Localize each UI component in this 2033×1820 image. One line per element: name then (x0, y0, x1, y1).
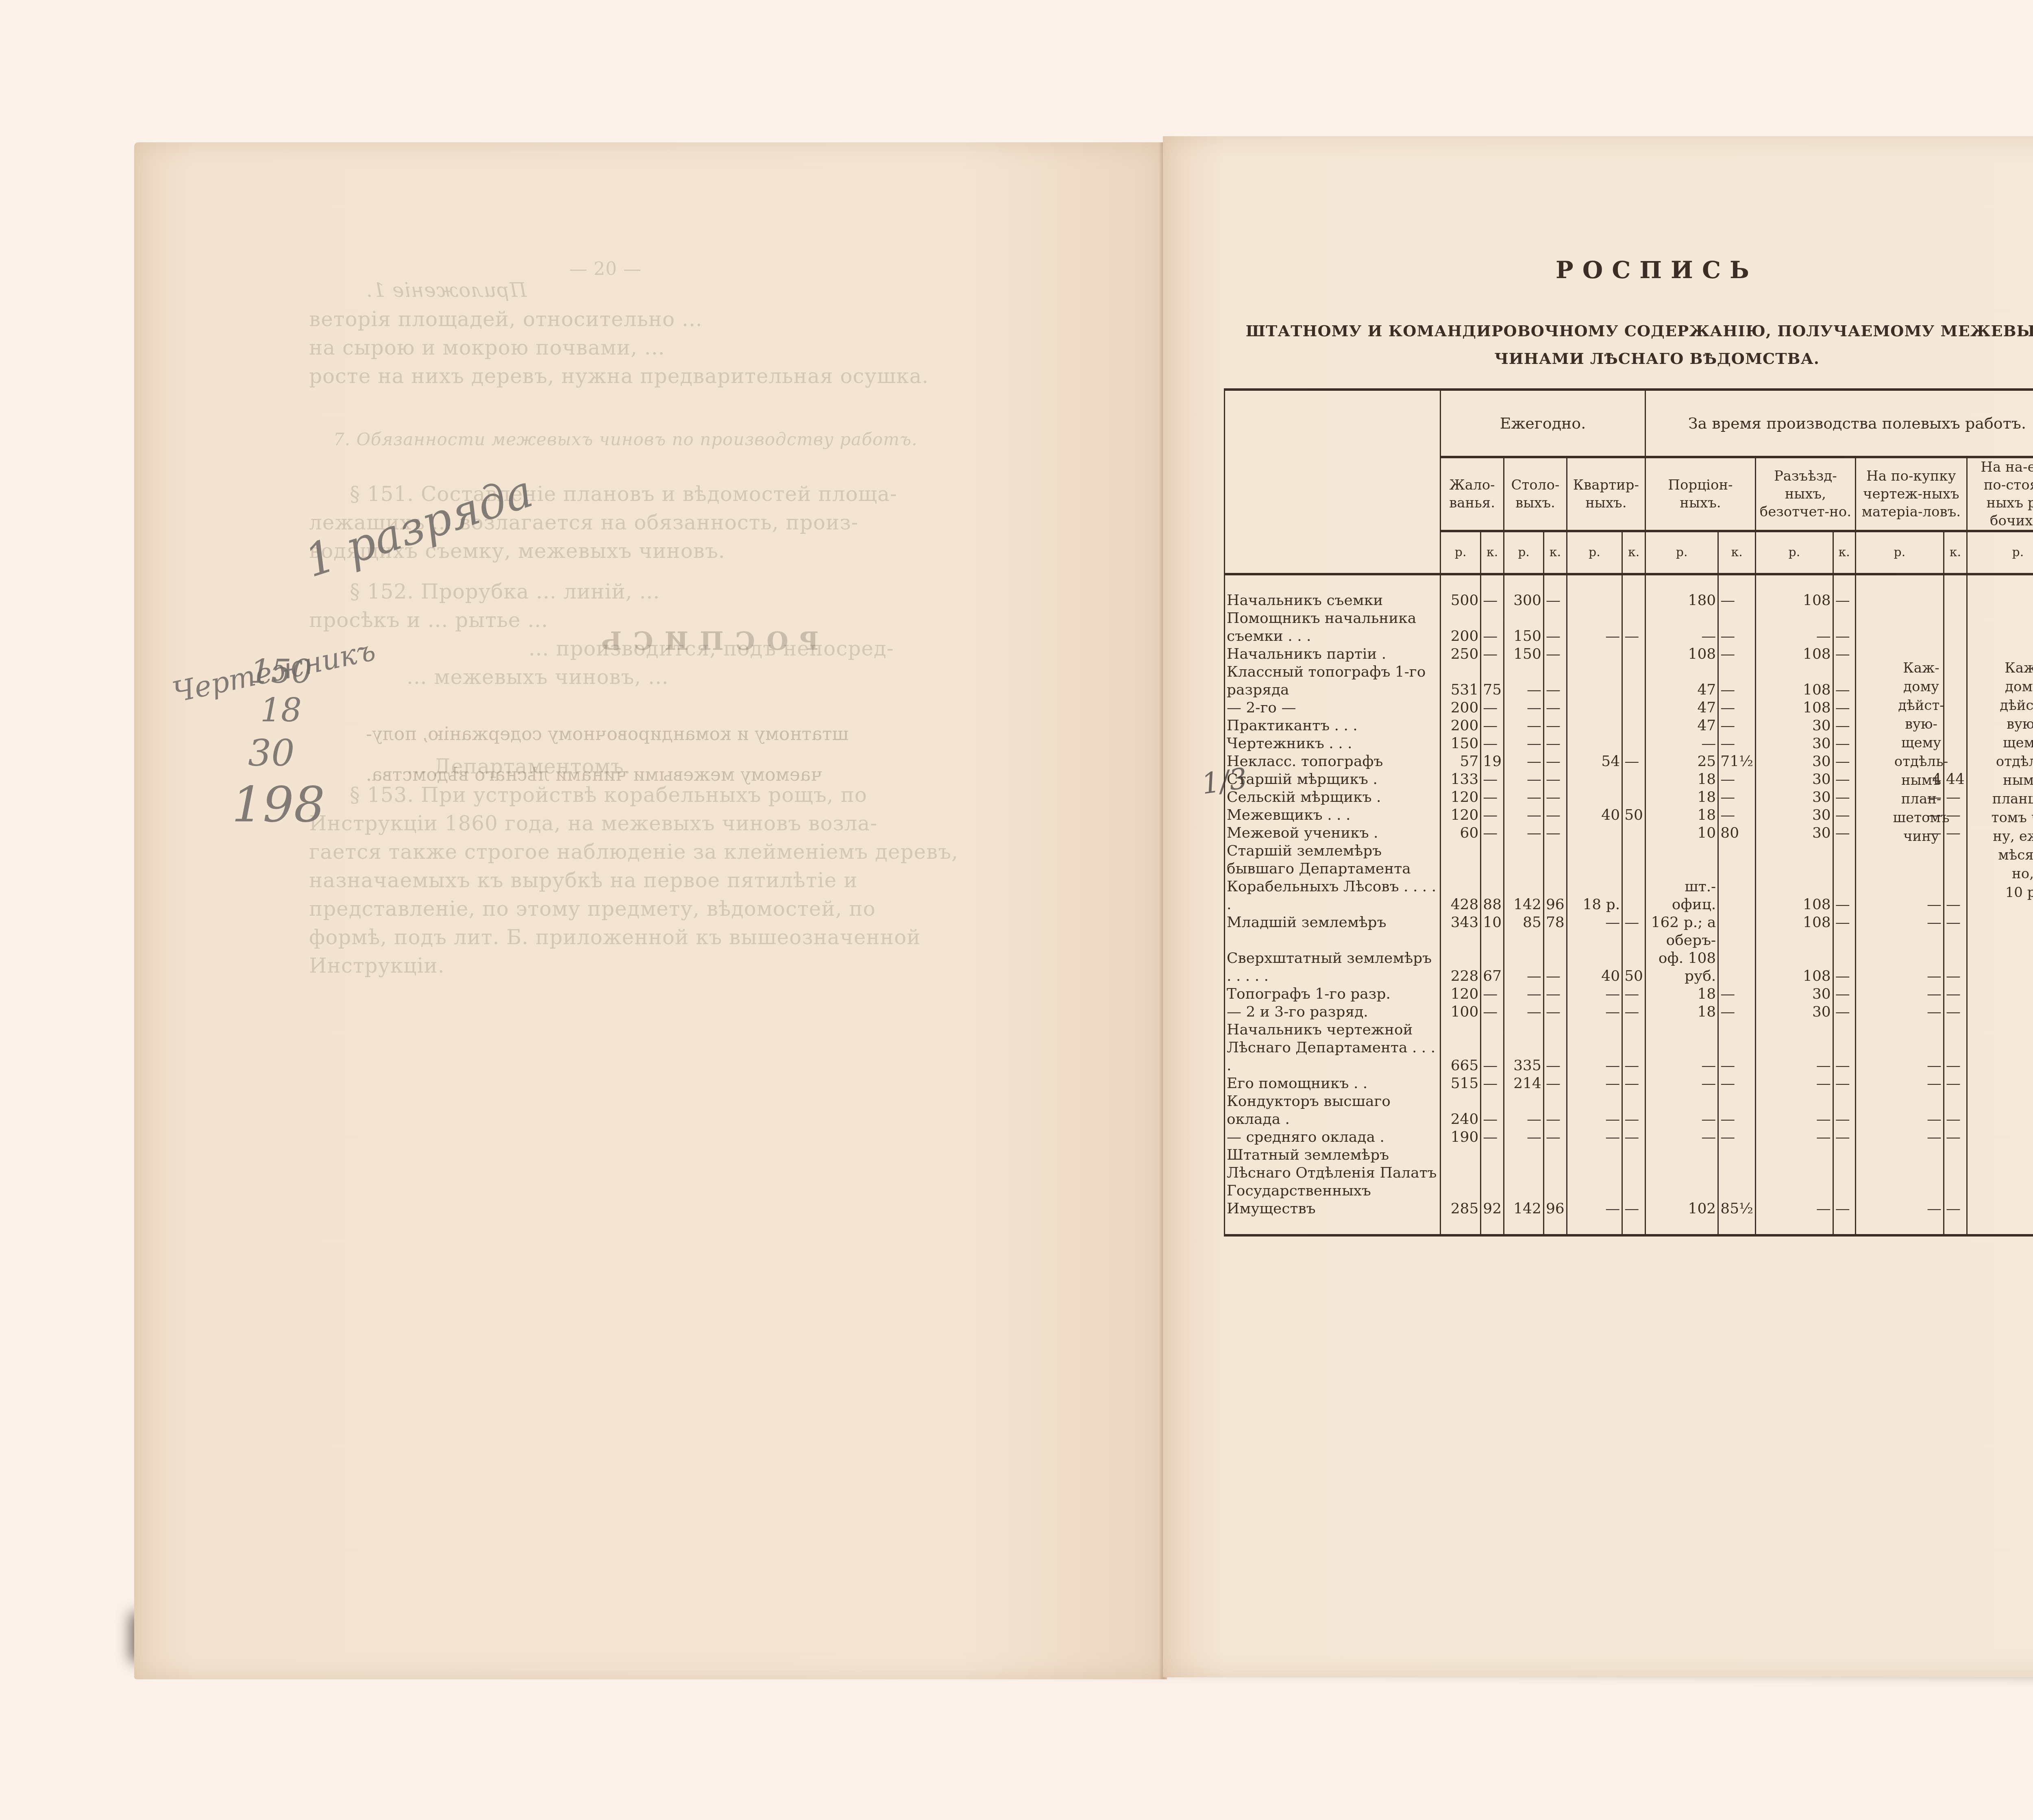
rations-k-cell: — (1718, 663, 1756, 699)
table-money-header: Столо-выхъ. (1504, 457, 1567, 531)
materials-k-cell: — (1944, 1128, 1967, 1146)
quarters-r-cell: 54 (1567, 753, 1622, 771)
workers-header: На на-емъ по-стоян-ныхъ ра-бочихъ. (1967, 457, 2033, 531)
rations-k-cell: — (1718, 1003, 1756, 1021)
materials-r-cell: — (1855, 1003, 1944, 1021)
rations-k-cell: — (1718, 592, 1756, 610)
salary-k-cell: — (1481, 985, 1504, 1003)
materials-k-cell: — (1944, 914, 1967, 932)
salary-r-cell: 200 (1441, 610, 1481, 645)
note-line: чину (1881, 827, 1962, 846)
mirrored-subtitle: штатному и командировочному содержанію, … (366, 724, 849, 745)
salary-k-cell: — (1481, 824, 1504, 842)
table-row: Кондукторъ высшаго оклада .240——————————… (1225, 1093, 2033, 1128)
note-line: щему (1980, 734, 2033, 752)
table-r-cell: 300 (1504, 592, 1544, 610)
quarters-r-cell (1567, 645, 1622, 663)
rations-k-cell (1718, 932, 1756, 985)
materials-k-cell: — (1944, 1093, 1967, 1128)
rations-r-cell: 18 (1645, 1003, 1718, 1021)
rations-k-cell: — (1718, 735, 1756, 753)
table-r-cell: — (1504, 753, 1544, 771)
travel-k-cell: — (1833, 771, 1855, 788)
table-r-cell: — (1504, 932, 1544, 985)
rank-cell: — 2-го — (1225, 699, 1441, 717)
quarters-k-cell: — (1622, 753, 1646, 771)
travel-r-cell: — (1755, 610, 1833, 645)
materials-header: На по-купку чертеж-ныхъ матеріа-ловъ. (1855, 457, 1967, 531)
rank-cell: Начальникъ партіи . (1225, 645, 1441, 663)
unit-kopecks: к. (1833, 531, 1855, 574)
rations-k-cell (1718, 914, 1756, 932)
salary-r-cell: 60 (1441, 824, 1481, 842)
workers-r-cell: — (1967, 1128, 2033, 1146)
quarters-r-cell: — (1567, 1146, 1622, 1218)
rations-r-cell: — (1645, 735, 1718, 753)
table-r-cell: — (1504, 1093, 1544, 1128)
rank-cell: Начальникъ чертежной Лѣснаго Департамент… (1225, 1021, 1441, 1075)
salary-r-cell: 250 (1441, 645, 1481, 663)
bleed-line: назначаемыхъ къ вырубкѣ на первое пятилѣ… (309, 870, 858, 890)
quarters-k-cell: — (1622, 1146, 1646, 1218)
travel-r-cell: 30 (1755, 788, 1833, 806)
handwritten-value: 18 (260, 691, 302, 729)
salary-r-cell: 57 (1441, 753, 1481, 771)
travel-k-cell: — (1833, 1093, 1855, 1128)
unit-kopecks: к. (1543, 531, 1567, 574)
materials-k-cell: — (1944, 1146, 1967, 1218)
rank-cell: Межевой ученикъ . (1225, 824, 1441, 842)
salary-r-cell: 515 (1441, 1075, 1481, 1093)
salary-header: Жало-ванья. (1441, 457, 1504, 531)
note-line: Каж- (1980, 659, 2033, 677)
table-k-cell: 96 (1543, 842, 1567, 914)
quarters-k-cell: 50 (1622, 806, 1646, 824)
table-row: Сверхштатный землемѣръ . . . . .22867——4… (1225, 932, 2033, 985)
quarters-k-cell: — (1622, 914, 1646, 932)
travel-r-cell: 108 (1755, 932, 1833, 985)
rank-cell: Старшій мѣрщикъ . (1225, 771, 1441, 788)
workers-r-cell: — (1967, 1093, 2033, 1128)
materials-r-cell: — (1855, 1128, 1944, 1146)
quarters-r-cell (1567, 592, 1622, 610)
table-k-cell: — (1543, 771, 1567, 788)
salary-r-cell: 500 (1441, 592, 1481, 610)
quarters-k-cell: — (1622, 1003, 1646, 1021)
bleed-line: ... межевыхъ чиновъ, ... (407, 667, 669, 687)
table-k-cell: — (1543, 735, 1567, 753)
quarters-r-cell (1567, 699, 1622, 717)
handwritten-value: 30 (248, 732, 295, 775)
table-row: Начальникъ чертежной Лѣснаго Департамент… (1225, 1021, 2033, 1075)
materials-k-cell: — (1944, 842, 1967, 914)
table-k-cell: — (1543, 788, 1567, 806)
table-k-cell: — (1543, 1093, 1567, 1128)
annual-group-header: Ежегодно. (1441, 390, 1646, 457)
travel-r-cell: — (1755, 1128, 1833, 1146)
materials-r-cell: — (1855, 985, 1944, 1003)
table-r-cell: — (1504, 1128, 1544, 1146)
salary-r-cell: 428 (1441, 842, 1481, 914)
materials-note-block: Каж-домудѣйст-вую-щемуотдѣль-нымъплан-ше… (1881, 659, 1962, 846)
materials-r-cell: — (1855, 932, 1944, 985)
table-k-cell: — (1543, 1003, 1567, 1021)
table-r-cell: 150 (1504, 645, 1544, 663)
quarters-header: Квартир-ныхъ. (1567, 457, 1645, 531)
salary-k-cell: — (1481, 788, 1504, 806)
rations-r-cell: шт.-офиц. (1645, 842, 1718, 914)
workers-r-cell (1967, 592, 2033, 610)
note-line: план- (1881, 790, 1962, 808)
quarters-k-cell: — (1622, 1021, 1646, 1075)
travel-r-cell: 108 (1755, 914, 1833, 932)
salary-r-cell: 150 (1441, 735, 1481, 753)
salary-r-cell: 133 (1441, 771, 1481, 788)
rations-k-cell: 80 (1718, 824, 1756, 842)
note-line: Каж- (1881, 659, 1962, 677)
materials-r-cell: — (1855, 1146, 1944, 1218)
rations-r-cell: оберъ-оф. 108 руб. (1645, 932, 1718, 985)
quarters-k-cell (1622, 699, 1646, 717)
materials-r-cell: — (1855, 842, 1944, 914)
unit-kopecks: к. (1622, 531, 1646, 574)
rank-cell: Штатный землемѣръ Лѣснаго Отдѣленія Пала… (1225, 1146, 1441, 1218)
salary-k-cell: — (1481, 1021, 1504, 1075)
bleed-line: формѣ, подъ лит. Б. приложенной къ вышео… (309, 927, 921, 947)
note-line: нымъ (1980, 771, 2033, 790)
quarters-k-cell (1622, 592, 1646, 610)
rank-cell: Чертежникъ . . . (1225, 735, 1441, 753)
travel-r-cell: — (1755, 1075, 1833, 1093)
quarters-r-cell: 18 р. (1567, 842, 1622, 914)
travel-k-cell: — (1833, 1146, 1855, 1218)
quarters-k-cell: — (1622, 610, 1646, 645)
note-line: 10 р. (1980, 883, 2033, 902)
mirrored-title: РОСПИСЬ (590, 626, 819, 656)
mirrored-subtitle: чаемому межевыми чинами лѣснаго вѣдомств… (366, 764, 823, 785)
travel-r-cell: 30 (1755, 717, 1833, 735)
rations-r-cell: 47 (1645, 663, 1718, 699)
workers-r-cell: — (1967, 932, 2033, 985)
rations-k-cell: — (1718, 985, 1756, 1003)
rank-cell: Некласс. топографъ (1225, 753, 1441, 771)
unit-kopecks: к. (1481, 531, 1504, 574)
rank-cell: Его помощникъ . . (1225, 1075, 1441, 1093)
salary-r-cell: 200 (1441, 699, 1481, 717)
rations-k-cell: 85½ (1718, 1146, 1756, 1218)
bleed-line: Инструкціи 1860 года, на межевыхъ чиновъ… (309, 813, 877, 834)
travel-k-cell: — (1833, 592, 1855, 610)
bleed-line: на сырою и мокрою почвами, ... (309, 337, 665, 358)
rank-cell: Сверхштатный землемѣръ . . . . . (1225, 932, 1441, 985)
salary-k-cell: — (1481, 806, 1504, 824)
salary-k-cell: — (1481, 610, 1504, 645)
bleed-appendix-label: Приложеніе 1. (366, 281, 527, 300)
salary-r-cell: 343 (1441, 914, 1481, 932)
rank-cell: Практикантъ . . . (1225, 717, 1441, 735)
note-line: дому (1980, 677, 2033, 696)
rations-r-cell: — (1645, 1093, 1718, 1128)
unit-rubles: р. (1967, 531, 2033, 574)
workers-note-block: Каж-домудѣйст-вую-щемуотдѣль-нымъпланше-… (1980, 659, 2033, 902)
materials-r-cell: — (1855, 914, 1944, 932)
salary-k-cell: — (1481, 771, 1504, 788)
rations-r-cell: 102 (1645, 1146, 1718, 1218)
travel-k-cell: — (1833, 610, 1855, 645)
travel-r-cell: 30 (1755, 1003, 1833, 1021)
salary-r-cell: 100 (1441, 1003, 1481, 1021)
table-r-cell: 214 (1504, 1075, 1544, 1093)
travel-r-cell: 30 (1755, 735, 1833, 753)
note-line: планше- (1980, 790, 2033, 808)
rations-r-cell: — (1645, 1128, 1718, 1146)
materials-k-cell: — (1944, 1021, 1967, 1075)
materials-k-cell: — (1944, 1075, 1967, 1093)
unit-rubles: р. (1645, 531, 1718, 574)
travel-k-cell: — (1833, 932, 1855, 985)
unit-rubles: р. (1855, 531, 1944, 574)
rations-k-cell: — (1718, 1075, 1756, 1093)
travel-r-cell: 30 (1755, 806, 1833, 824)
salary-k-cell: — (1481, 1128, 1504, 1146)
note-line: нымъ (1881, 771, 1962, 790)
travel-k-cell: — (1833, 985, 1855, 1003)
materials-k-cell (1944, 592, 1967, 610)
rations-k-cell: — (1718, 1021, 1756, 1075)
salary-r-cell: 665 (1441, 1021, 1481, 1075)
table-r-cell: 150 (1504, 610, 1544, 645)
rations-r-cell: 18 (1645, 985, 1718, 1003)
table-r-cell: — (1504, 699, 1544, 717)
rations-k-cell: — (1718, 1093, 1756, 1128)
bleed-line: росте на нихъ деревъ, нужна предваритель… (309, 366, 929, 386)
rank-cell: — 2 и 3-го разряд. (1225, 1003, 1441, 1021)
travel-r-cell: 108 (1755, 699, 1833, 717)
rations-r-cell: — (1645, 1075, 1718, 1093)
salary-r-cell: 285 (1441, 1146, 1481, 1218)
quarters-k-cell: — (1622, 985, 1646, 1003)
quarters-r-cell: — (1567, 985, 1622, 1003)
rations-r-cell: 18 (1645, 771, 1718, 788)
rank-cell: Младшій землемѣръ (1225, 914, 1441, 932)
subtitle-line: ЧИНАМИ ЛѢСНАГО ВѢДОМСТВА. (1220, 345, 2033, 372)
unit-rubles: р. (1504, 531, 1544, 574)
rank-cell: Начальникъ съемки (1225, 592, 1441, 610)
note-line: шетомъ (1881, 808, 1962, 827)
table-k-cell: — (1543, 645, 1567, 663)
quarters-r-cell: 40 (1567, 806, 1622, 824)
materials-k-cell: — (1944, 1003, 1967, 1021)
travel-k-cell: — (1833, 717, 1855, 735)
unit-kopecks: к. (1944, 531, 1967, 574)
quarters-r-cell (1567, 735, 1622, 753)
rations-header: Порціон-ныхъ. (1645, 457, 1755, 531)
salary-r-cell: 200 (1441, 717, 1481, 735)
travel-r-cell: 30 (1755, 753, 1833, 771)
salary-r-cell: 240 (1441, 1093, 1481, 1128)
quarters-r-cell: 40 (1567, 932, 1622, 985)
field-group-header: За время производства полевыхъ работъ. (1645, 390, 2033, 457)
travel-k-cell: — (1833, 753, 1855, 771)
bleed-page-number: — 20 — (569, 260, 642, 278)
materials-r-cell: — (1855, 1021, 1944, 1075)
travel-r-cell: 108 (1755, 592, 1833, 610)
rations-r-cell: 47 (1645, 699, 1718, 717)
salary-k-cell: 19 (1481, 753, 1504, 771)
note-line: томъ чи- (1980, 808, 2033, 827)
quarters-r-cell (1567, 788, 1622, 806)
salary-r-cell: 531 (1441, 663, 1481, 699)
rations-r-cell: 18 (1645, 806, 1718, 824)
materials-k-cell (1944, 610, 1967, 645)
table-k-cell: — (1543, 592, 1567, 610)
salary-r-cell: 120 (1441, 806, 1481, 824)
note-line: вую- (1980, 715, 2033, 734)
document-title: РОСПИСЬ (1220, 256, 2033, 284)
travel-k-cell: — (1833, 663, 1855, 699)
table-k-cell: — (1543, 1075, 1567, 1093)
quarters-r-cell: — (1567, 1128, 1622, 1146)
travel-r-cell: 108 (1755, 663, 1833, 699)
salary-k-cell: — (1481, 1003, 1504, 1021)
note-line: дѣйст- (1980, 696, 2033, 715)
materials-r-cell: — (1855, 1075, 1944, 1093)
travel-r-cell: 30 (1755, 771, 1833, 788)
rations-r-cell: 47 (1645, 717, 1718, 735)
salary-k-cell: 88 (1481, 842, 1504, 914)
quarters-r-cell (1567, 717, 1622, 735)
travel-k-cell: — (1833, 914, 1855, 932)
rank-cell: Кондукторъ высшаго оклада . (1225, 1093, 1441, 1128)
workers-r-cell: — (1967, 1003, 2033, 1021)
rations-r-cell: 18 (1645, 788, 1718, 806)
table-r-cell: — (1504, 771, 1544, 788)
document-subtitle: ШТАТНОМУ И КОМАНДИРОВОЧНОМУ СОДЕРЖАНІЮ, … (1220, 317, 2033, 372)
quarters-k-cell: — (1622, 1075, 1646, 1093)
salary-k-cell: — (1481, 645, 1504, 663)
materials-r-cell (1855, 592, 1944, 610)
salary-k-cell: — (1481, 592, 1504, 610)
rations-k-cell: — (1718, 610, 1756, 645)
workers-r-cell: — (1967, 1075, 2033, 1093)
table-r-cell: 85 (1504, 914, 1544, 932)
rations-k-cell: — (1718, 645, 1756, 663)
travel-r-cell: — (1755, 1093, 1833, 1128)
table-k-cell: — (1543, 717, 1567, 735)
salary-r-cell: 120 (1441, 788, 1481, 806)
rank-cell: Помощникъ начальника съемки . . . (1225, 610, 1441, 645)
rank-cell: Сельскій мѣрщикъ . (1225, 788, 1441, 806)
rations-k-cell: — (1718, 771, 1756, 788)
subtitle-line: ШТАТНОМУ И КОМАНДИРОВОЧНОМУ СОДЕРЖАНІЮ, … (1220, 317, 2033, 345)
note-line: вую- (1881, 715, 1962, 734)
materials-r-cell: — (1855, 1093, 1944, 1128)
table-k-cell: — (1543, 610, 1567, 645)
note-line: щему (1881, 734, 1962, 752)
quarters-k-cell (1622, 842, 1646, 914)
rank-header (1225, 390, 1441, 574)
table-row: Топографъ 1-го разр.120—————18—30———— (1225, 985, 2033, 1003)
table-r-cell: 142 (1504, 1146, 1544, 1218)
quarters-k-cell (1622, 788, 1646, 806)
rations-k-cell: 71½ (1718, 753, 1756, 771)
table-r-cell: — (1504, 806, 1544, 824)
table-k-cell: 96 (1543, 1146, 1567, 1218)
quarters-k-cell (1622, 645, 1646, 663)
table-k-cell: — (1543, 663, 1567, 699)
travel-k-cell: — (1833, 1021, 1855, 1075)
table-row: Начальникъ съемки500—300—180—108— (1225, 592, 2033, 610)
table-k-cell: — (1543, 1021, 1567, 1075)
quarters-k-cell (1622, 717, 1646, 735)
quarters-r-cell: — (1567, 1093, 1622, 1128)
travel-r-cell: 30 (1755, 985, 1833, 1003)
rations-k-cell: — (1718, 1128, 1756, 1146)
table-row: — 2 и 3-го разряд.100—————18—30———— (1225, 1003, 2033, 1021)
travel-k-cell: — (1833, 824, 1855, 842)
quarters-r-cell (1567, 824, 1622, 842)
travel-r-cell: — (1755, 1146, 1833, 1218)
travel-k-cell: — (1833, 842, 1855, 914)
travel-k-cell: — (1833, 699, 1855, 717)
quarters-k-cell: — (1622, 1093, 1646, 1128)
quarters-k-cell: — (1622, 1128, 1646, 1146)
quarters-r-cell: — (1567, 1075, 1622, 1093)
salary-k-cell: — (1481, 699, 1504, 717)
salary-k-cell: — (1481, 735, 1504, 753)
salary-k-cell: 92 (1481, 1146, 1504, 1218)
bleed-line: § 152. Прорубка ... линій, ... (350, 581, 660, 602)
table-k-cell: — (1543, 932, 1567, 985)
travel-r-cell: 108 (1755, 842, 1833, 914)
salary-r-cell: 120 (1441, 985, 1481, 1003)
note-line: но, (1980, 864, 2033, 883)
rank-cell: Топографъ 1-го разр. (1225, 985, 1441, 1003)
note-line: мѣсяч- (1980, 846, 2033, 864)
travel-k-cell: — (1833, 1003, 1855, 1021)
rank-cell: Межевщикъ . . . (1225, 806, 1441, 824)
rations-k-cell: — (1718, 699, 1756, 717)
workers-r-cell: — (1967, 1146, 2033, 1218)
rank-cell: Классный топографъ 1-го разряда (1225, 663, 1441, 699)
bleed-line: Инструкціи. (309, 956, 445, 976)
travel-r-cell: 108 (1755, 645, 1833, 663)
table-row: Помощникъ начальника съемки . . .200—150… (1225, 610, 2033, 645)
unit-rubles: р. (1755, 531, 1833, 574)
note-line: отдѣль- (1980, 752, 2033, 771)
travel-k-cell: — (1833, 806, 1855, 824)
table-r-cell: — (1504, 824, 1544, 842)
quarters-r-cell (1567, 771, 1622, 788)
travel-k-cell: — (1833, 645, 1855, 663)
quarters-r-cell: — (1567, 610, 1622, 645)
travel-k-cell: — (1833, 788, 1855, 806)
workers-r-cell: — (1967, 1021, 2033, 1075)
travel-k-cell: — (1833, 1075, 1855, 1093)
rations-r-cell: 162 р.; а (1645, 914, 1718, 932)
materials-r-cell (1855, 610, 1944, 645)
salary-k-cell: — (1481, 1075, 1504, 1093)
rank-cell: — средняго оклада . (1225, 1128, 1441, 1146)
rations-r-cell: 180 (1645, 592, 1718, 610)
bleed-line: гается также строгое наблюденіе за клейм… (309, 842, 958, 862)
workers-r-cell: — (1967, 985, 2033, 1003)
table-r-cell: 335 (1504, 1021, 1544, 1075)
workers-r-cell: — (1967, 914, 2033, 932)
handwritten-value: 150 (250, 653, 312, 690)
materials-k-cell: — (1944, 932, 1967, 985)
salary-r-cell: 190 (1441, 1128, 1481, 1146)
